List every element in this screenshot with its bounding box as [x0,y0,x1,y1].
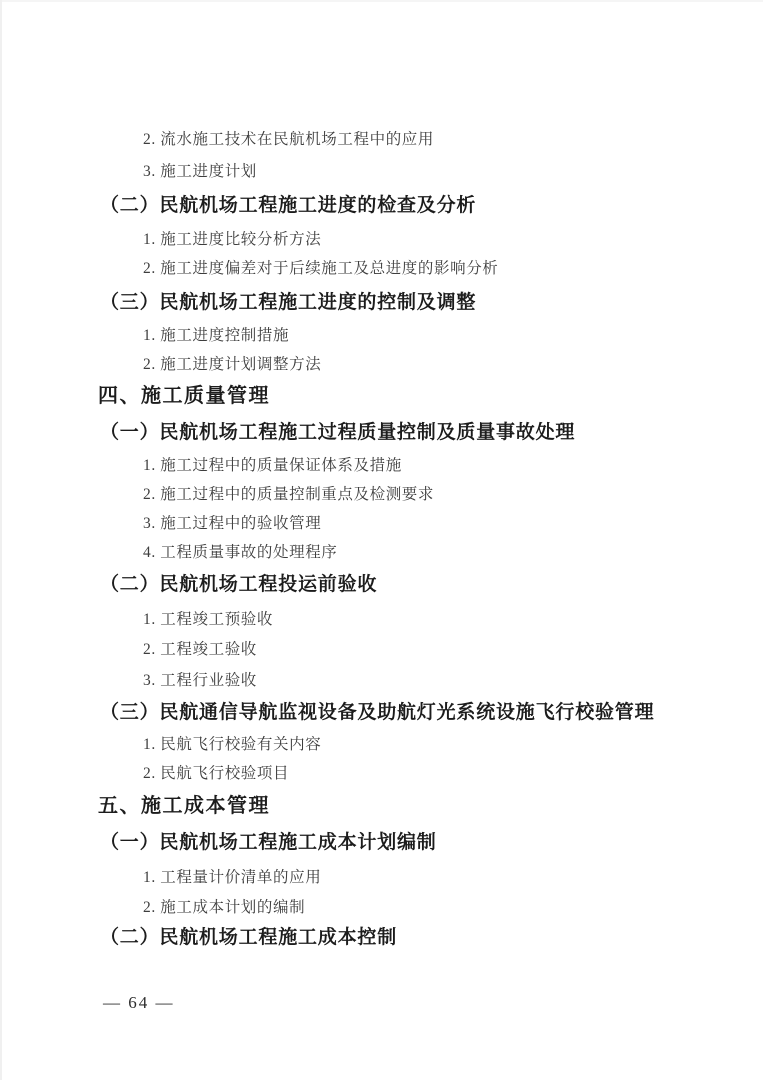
toc-item: 1. 施工进度比较分析方法 [143,228,321,252]
toc-item: 2. 施工进度计划调整方法 [143,353,321,377]
toc-subsection-heading: （三）民航通信导航监视设备及助航灯光系统设施飞行校验管理 [100,699,654,727]
toc-item: 2. 民航飞行校验项目 [143,762,289,786]
document-page: 2. 流水施工技术在民航机场工程中的应用 3. 施工进度计划 （二）民航机场工程… [0,0,763,1080]
toc-item: 2. 施工过程中的质量控制重点及检测要求 [143,483,434,507]
toc-item: 1. 工程量计价清单的应用 [143,866,321,890]
toc-section-heading: 四、施工质量管理 [98,381,270,411]
toc-item: 2. 施工进度偏差对于后续施工及总进度的影响分析 [143,257,498,281]
toc-item: 2. 流水施工技术在民航机场工程中的应用 [143,128,434,152]
toc-subsection-heading: （二）民航机场工程施工进度的检查及分析 [100,192,476,220]
toc-item: 1. 施工过程中的质量保证体系及措施 [143,454,402,478]
toc-item: 1. 施工进度控制措施 [143,324,289,348]
toc-item: 3. 施工过程中的验收管理 [143,512,321,536]
toc-item: 1. 民航飞行校验有关内容 [143,733,321,757]
toc-item: 2. 工程竣工验收 [143,638,257,662]
toc-item: 3. 工程行业验收 [143,669,257,693]
toc-item: 4. 工程质量事故的处理程序 [143,541,337,565]
toc-item: 2. 施工成本计划的编制 [143,896,305,920]
toc-subsection-heading: （二）民航机场工程投运前验收 [100,571,377,599]
toc-item: 1. 工程竣工预验收 [143,608,273,632]
toc-subsection-heading: （二）民航机场工程施工成本控制 [100,924,397,952]
toc-subsection-heading: （一）民航机场工程施工成本计划编制 [100,829,437,857]
page-number: — 64 — [103,990,175,1016]
toc-section-heading: 五、施工成本管理 [98,791,270,821]
toc-subsection-heading: （三）民航机场工程施工进度的控制及调整 [100,289,476,317]
toc-item: 3. 施工进度计划 [143,160,257,184]
toc-subsection-heading: （一）民航机场工程施工过程质量控制及质量事故处理 [100,419,575,447]
